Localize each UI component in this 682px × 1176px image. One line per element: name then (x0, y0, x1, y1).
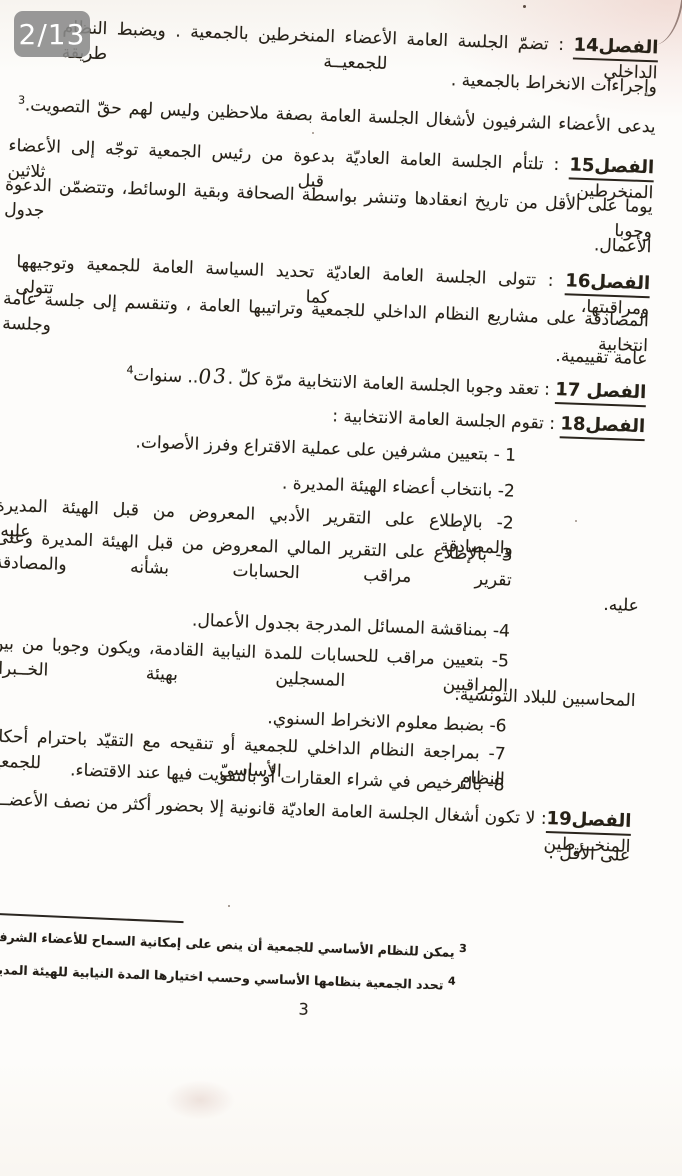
article-14-line-3: يدعى الأعضاء الشرفيون لأشغال الجلسة العا… (17, 93, 655, 140)
footnote-4: 4 تحدد الجمعية بنظامها الأساسي وحسب اختي… (0, 961, 456, 993)
article-18-item-1: 1 - بتعيين مشرفين على عملية الاقتراع وفر… (135, 430, 516, 468)
page-number: 3 (298, 999, 309, 1018)
article-16-line-3: عامة تقييمية. (555, 344, 648, 372)
article-15-line-3: الأعمال. (594, 233, 652, 260)
article-18-line-1: الفصل18 : تقوم الجلسة العامة الانتخابية … (332, 403, 646, 440)
article-19-line-2: على الأقل . (548, 841, 630, 868)
scanned-document-page[interactable]: الفصل14 : تضمّ الجلسة العامة الأعضاء الم… (0, 0, 676, 1119)
article-18-item-2: 2- بانتخاب أعضاء الهيئة المديرة . (282, 472, 516, 505)
article-18-item-5: 4- بمناقشة المسائل المدرجة بجدول الأعمال… (192, 608, 511, 644)
article-17-heading: الفصل 17 (555, 379, 647, 407)
article-15-heading: الفصل15 (569, 154, 655, 182)
page-position-badge: 2/13 (14, 11, 90, 57)
article-16-heading: الفصل16 (565, 270, 651, 298)
article-18-heading: الفصل18 (560, 413, 646, 441)
footnote-3-marker: 3 (459, 942, 467, 955)
viewer-body: { "viewer": { "page_badge": "2/13" }, "c… (0, 0, 682, 1176)
page-position-label: 2/13 (19, 18, 86, 51)
article-18-item-6-line-1: 5- بتعيين مراقب للحسابات للمدة النيابية … (0, 631, 509, 698)
article-19-line-1: الفصل19: لا تكون أشغال الجلسة العامة الع… (0, 786, 632, 859)
footnote-separator-rule (0, 912, 184, 923)
footnote-3: 3 يمكن للنظام الأساسي للجمعية أن ينص على… (0, 926, 467, 960)
footnote-4-marker: 4 (448, 974, 456, 987)
handwritten-duration-value: 03 (198, 362, 228, 392)
article-14-heading: الفصل14 (573, 34, 659, 62)
article-19-heading: الفصل19 (546, 808, 632, 836)
article-18-item-6-line-2: المحاسبين للبلاد التونسية. (454, 683, 636, 714)
article-18-item-7: 6- بضبط معلوم الانخراط السنوي. (267, 706, 507, 739)
article-18-item-4-line-2: عليه. (603, 593, 639, 619)
